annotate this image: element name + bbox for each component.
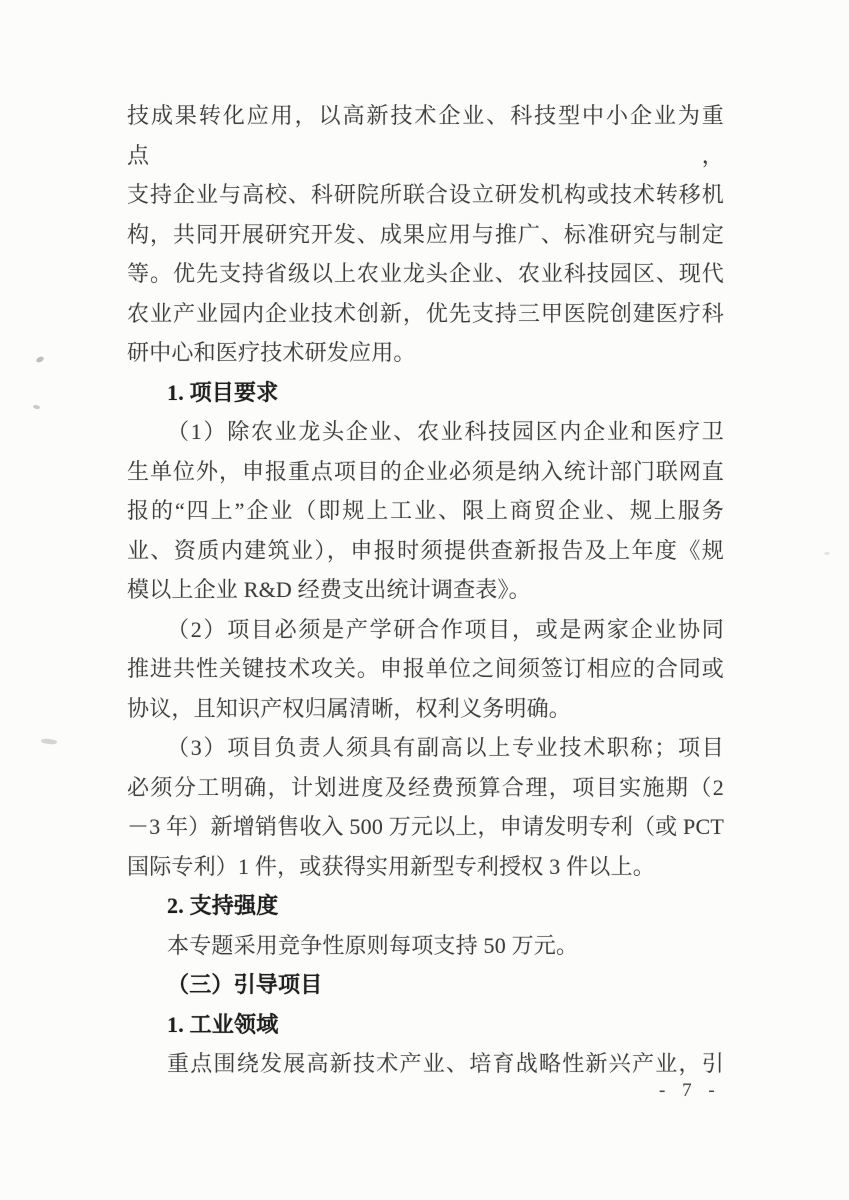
scanned-document: { "page": { "background": "#fcfcfb", "in… bbox=[0, 0, 849, 1200]
heading-line: 1. 工业领域 bbox=[127, 1005, 724, 1045]
text-line: （3）项目负责人须具有副高以上专业技术职称；项目 bbox=[127, 728, 724, 768]
text-line: 技成果转化应用，以高新技术企业、科技型中小企业为重点， bbox=[127, 96, 724, 175]
text-line: 业、资质内建筑业），申报时须提供查新报告及上年度《规 bbox=[127, 531, 724, 571]
text-line: 协议，且知识产权归属清晰，权利义务明确。 bbox=[127, 689, 724, 729]
heading-line: 1. 项目要求 bbox=[127, 373, 724, 413]
scan-speck bbox=[824, 552, 830, 555]
text-line: 报的“四上”企业（即规上工业、限上商贸企业、规上服务 bbox=[127, 491, 724, 531]
text-line: 重点围绕发展高新技术产业、培育战略性新兴产业，引 bbox=[127, 1044, 724, 1084]
text-line: （2）项目必须是产学研合作项目，或是两家企业协同 bbox=[127, 610, 724, 650]
text-line: 支持企业与高校、科研院所联合设立研发机构或技术转移机 bbox=[127, 175, 724, 215]
text-line: 本专题采用竞争性原则每项支持 50 万元。 bbox=[127, 926, 724, 966]
page-number: - 7 - bbox=[659, 1080, 721, 1102]
text-line: 农业产业园内企业技术创新，优先支持三甲医院创建医疗科 bbox=[127, 294, 724, 334]
heading-line: （三）引导项目 bbox=[127, 965, 724, 1005]
text-line: 构，共同开展研究开发、成果应用与推广、标准研究与制定 bbox=[127, 215, 724, 255]
text-line: 国际专利）1 件，或获得实用新型专利授权 3 件以上。 bbox=[127, 847, 724, 887]
text-line: 推进共性关键技术攻关。申报单位之间须签订相应的合同或 bbox=[127, 649, 724, 689]
document-body: 技成果转化应用，以高新技术企业、科技型中小企业为重点，支持企业与高校、科研院所联… bbox=[127, 96, 724, 1084]
text-line: 研中心和医疗技术研发应用。 bbox=[127, 333, 724, 373]
text-line: －3 年）新增销售收入 500 万元以上，申请发明专利（或 PCT bbox=[127, 807, 724, 847]
text-line: （1）除农业龙头企业、农业科技园区内企业和医疗卫 bbox=[127, 412, 724, 452]
text-line: 必须分工明确，计划进度及经费预算合理，项目实施期（2 bbox=[127, 768, 724, 808]
text-line: 模以上企业 R&D 经费支出统计调查表》。 bbox=[127, 570, 724, 610]
heading-line: 2. 支持强度 bbox=[127, 886, 724, 926]
text-line: 生单位外，申报重点项目的企业必须是纳入统计部门联网直 bbox=[127, 452, 724, 492]
text-line: 等。优先支持省级以上农业龙头企业、农业科技园区、现代 bbox=[127, 254, 724, 294]
